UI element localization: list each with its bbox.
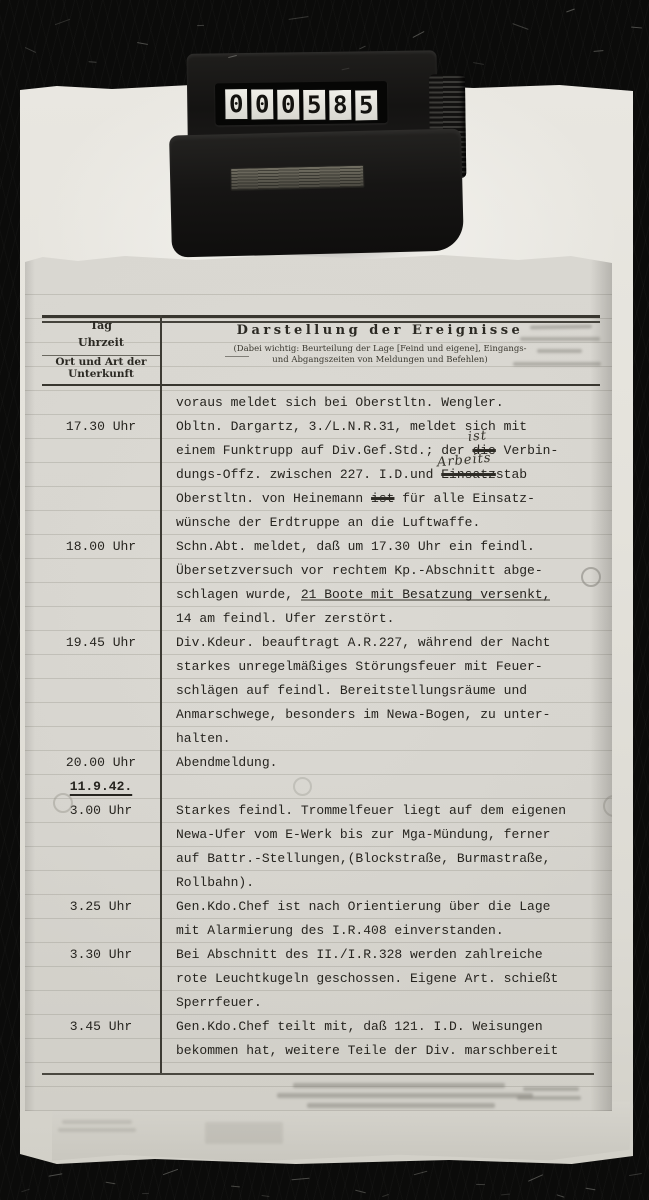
counter-digit: 0 <box>224 88 248 120</box>
struck-out-text: ist <box>371 491 394 506</box>
bleedthrough-text <box>523 1087 579 1091</box>
frame-counter-device: 000585 <box>167 48 470 264</box>
entry-time: 3.45 Uhr <box>42 1015 160 1063</box>
header-subtitle-line1: (Dabei wichtig: Beurteilung der Lage [Fe… <box>160 344 600 355</box>
bleedthrough-text <box>58 1128 136 1132</box>
journal-entries: voraus meldet sich bei Oberstltn. Wengle… <box>42 391 602 1063</box>
bleedthrough-text <box>62 1120 132 1124</box>
header-label-ort: Ort und Art der Unterkunft <box>42 356 160 380</box>
entry-time: 20.00 Uhr <box>42 751 160 775</box>
entry-time: 3.30 Uhr <box>42 943 160 1015</box>
counter-lower-body <box>169 128 464 257</box>
entry-text: Abendmeldung. <box>160 751 602 775</box>
entry-text: Starkes feindl. Trommelfeuer liegt auf d… <box>160 799 602 895</box>
bleedthrough-text <box>513 362 601 366</box>
handwritten-correction: ist <box>467 424 488 450</box>
journal-entry: 11.9.42. <box>42 775 602 799</box>
entry-text: Obltn. Dargartz, 3./L.N.R.31, meldet sic… <box>160 415 602 535</box>
journal-entry: 19.45 UhrDiv.Kdeur. beauftragt A.R.227, … <box>42 631 602 751</box>
bleedthrough-text <box>205 1122 283 1144</box>
bleedthrough-text <box>307 1103 495 1108</box>
header-label-uhrzeit: Uhrzeit <box>42 334 160 351</box>
page-left-shade <box>25 255 35 1111</box>
counter-digit-window: 000585 <box>215 81 388 125</box>
entry-time <box>42 391 160 415</box>
counter-digit: 8 <box>328 89 352 121</box>
counter-digit: 5 <box>354 89 378 121</box>
entry-time: 3.00 Uhr <box>42 799 160 895</box>
entry-time: 3.25 Uhr <box>42 895 160 943</box>
journal-entry: 3.45 UhrGen.Kdo.Chef teilt mit, daß 121.… <box>42 1015 602 1063</box>
header-label-tag: Tag <box>42 317 160 334</box>
journal-entry: 18.00 UhrSchn.Abt. meldet, daß um 17.30 … <box>42 535 602 631</box>
scanned-war-diary-photo: 000585 Tag Uhrzeit Ort und Art der Unter… <box>0 0 649 1200</box>
counter-digit: 0 <box>276 88 300 120</box>
entry-time: 17.30 Uhr <box>42 415 160 535</box>
entry-text <box>160 775 602 799</box>
counter-digit: 0 <box>250 88 274 120</box>
diary-page: Tag Uhrzeit Ort und Art der Unterkunft D… <box>25 255 612 1111</box>
punch-hole-ring <box>581 567 601 587</box>
journal-entry: 3.30 UhrBei Abschnitt des II./I.R.328 we… <box>42 943 602 1015</box>
journal-entry: 3.25 UhrGen.Kdo.Chef ist nach Orientieru… <box>42 895 602 943</box>
bleedthrough-text <box>277 1093 533 1098</box>
entry-text: Gen.Kdo.Chef ist nach Orientierung über … <box>160 895 602 943</box>
journal-entry: 17.30 UhrObltn. Dargartz, 3./L.N.R.31, m… <box>42 415 602 535</box>
entry-text: Gen.Kdo.Chef teilt mit, daß 121. I.D. We… <box>160 1015 602 1063</box>
journal-entry: voraus meldet sich bei Oberstltn. Wengle… <box>42 391 602 415</box>
pencil-underlined-text: 21 Boote mit Besatzung versenkt, <box>301 587 551 602</box>
table-header-bottom-rule <box>42 384 600 386</box>
bleedthrough-text <box>293 1083 505 1088</box>
entry-text: voraus meldet sich bei Oberstltn. Wengle… <box>160 391 602 415</box>
entry-time: 19.45 Uhr <box>42 631 160 751</box>
bleedthrough-text <box>520 337 600 341</box>
handwritten-correction: Arbeits <box>436 447 493 476</box>
punch-hole-ring <box>293 777 312 796</box>
entry-text: Div.Kdeur. beauftragt A.R.227, während d… <box>160 631 602 751</box>
punch-hole-ring <box>53 793 73 813</box>
bleedthrough-text <box>517 1096 581 1100</box>
table-bottom-rule <box>42 1073 594 1075</box>
entry-text: Bei Abschnitt des II./I.R.328 werden zah… <box>160 943 602 1015</box>
counter-digit: 5 <box>302 89 326 121</box>
journal-entry: 20.00 UhrAbendmeldung. <box>42 751 602 775</box>
entry-time: 18.00 Uhr <box>42 535 160 631</box>
bleedthrough-text <box>537 349 582 353</box>
journal-entry: 3.00 UhrStarkes feindl. Trommelfeuer lie… <box>42 799 602 895</box>
counter-label-plate <box>230 165 365 191</box>
header-col-time: Tag Uhrzeit Ort und Art der Unterkunft <box>42 317 160 380</box>
entry-text: Schn.Abt. meldet, daß um 17.30 Uhr ein f… <box>160 535 602 631</box>
